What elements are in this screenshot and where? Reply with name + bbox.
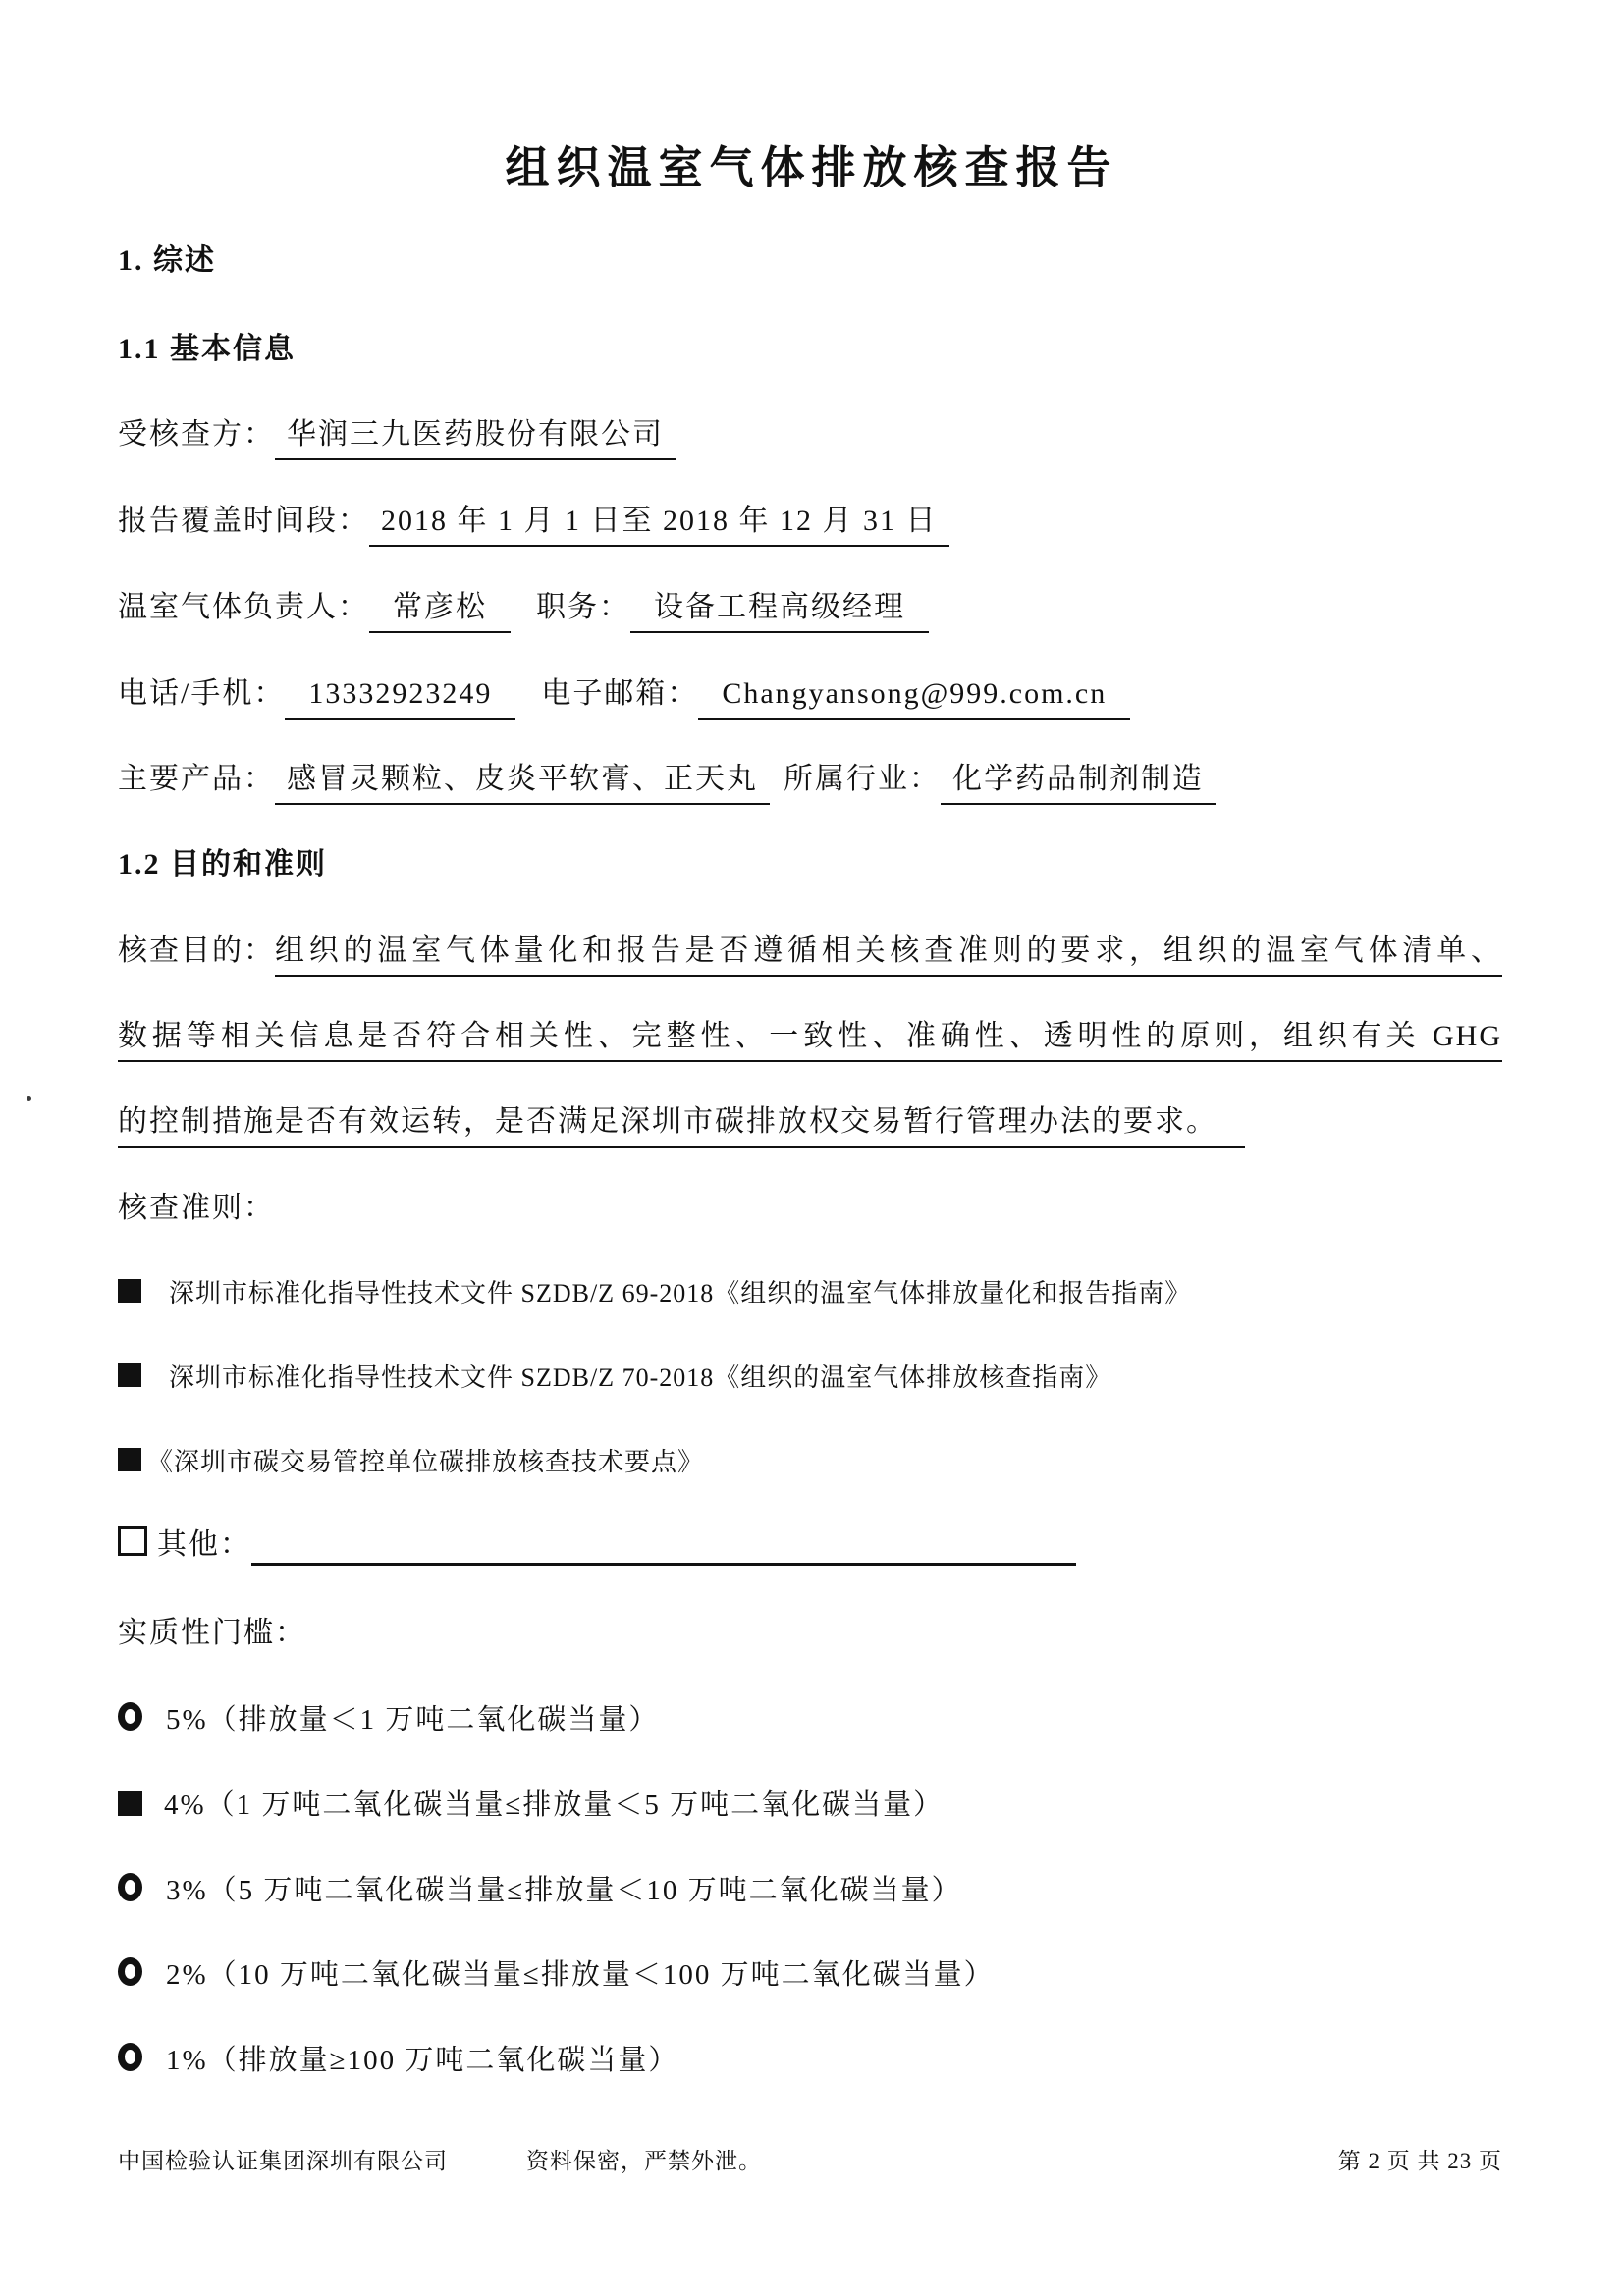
materiality-item: 1%（排放量≥100 万吨二氧化碳当量） [118, 2040, 1502, 2081]
ring-marker-icon [118, 1873, 142, 1901]
page-title: 组织温室气体排放核查报告 [0, 142, 1623, 193]
materiality-item: 2%（10 万吨二氧化碳当量≤排放量＜100 万吨二氧化碳当量） [118, 1954, 1502, 1996]
materiality-item: 5%（排放量＜1 万吨二氧化碳当量） [118, 1699, 1502, 1740]
materiality-item: 4%（1 万吨二氧化碳当量≤排放量＜5 万吨二氧化碳当量） [118, 1785, 1502, 1826]
report-period-row: 报告覆盖时间段：2018 年 1 月 1 日至 2018 年 12 月 31 日 [118, 501, 1502, 547]
criteria-other-row: 其他： [118, 1524, 1502, 1566]
materiality-item-text: 3%（5 万吨二氧化碳当量≤排放量＜10 万吨二氧化碳当量） [166, 1875, 962, 1906]
position-label: 职务： [536, 591, 630, 623]
industry-value: 化学药品制剂制造 [941, 759, 1216, 805]
industry-label: 所属行业： [784, 763, 941, 795]
email-value: Changyansong@999.com.cn [698, 673, 1130, 720]
criteria-item-text: 深圳市标准化指导性技术文件 SZDB/Z 70-2018《组织的温室气体排放核查… [169, 1363, 1111, 1392]
verification-purpose-line2: 数据等相关信息是否符合相关性、完整性、一致性、准确性、透明性的原则，组织有关 G… [118, 1016, 1502, 1062]
criteria-item: 深圳市标准化指导性技术文件 SZDB/Z 70-2018《组织的温室气体排放核查… [118, 1360, 1502, 1397]
criteria-item: 深圳市标准化指导性技术文件 SZDB/Z 69-2018《组织的温室气体排放量化… [118, 1275, 1502, 1312]
materiality-item-text: 4%（1 万吨二氧化碳当量≤排放量＜5 万吨二氧化碳当量） [164, 1789, 944, 1821]
criteria-other-label: 其他： [157, 1528, 251, 1561]
materiality-item-text: 1%（排放量≥100 万吨二氧化碳当量） [166, 2045, 678, 2076]
criteria-other-blank-line [251, 1533, 1076, 1566]
materiality-item-text: 2%（10 万吨二氧化碳当量≤排放量＜100 万吨二氧化碳当量） [166, 1959, 995, 1991]
scan-artifact-dot [502, 1108, 506, 1112]
purpose-text-3: 的控制措施是否有效运转，是否满足深圳市碳排放权交易暂行管理办法的要求。 [118, 1101, 1245, 1148]
verification-purpose-line3: 的控制措施是否有效运转，是否满足深圳市碳排放权交易暂行管理办法的要求。 [118, 1101, 1502, 1148]
contact-row: 电话/手机：13332923249电子邮箱：Changyansong@999.c… [118, 673, 1502, 720]
page-footer: 中国检验认证集团深圳有限公司 资料保密，严禁外泄。 第 2 页 共 23 页 [0, 2143, 1623, 2176]
materiality-item-text: 5%（排放量＜1 万吨二氧化碳当量） [166, 1704, 659, 1735]
criteria-item: 《深圳市碳交易管控单位碳排放核查技术要点》 [118, 1444, 1502, 1481]
phone-label: 电话/手机： [118, 677, 285, 710]
auditee-label: 受核查方： [118, 418, 275, 451]
email-label: 电子邮箱： [541, 677, 698, 710]
position-value: 设备工程高级经理 [630, 587, 929, 633]
section-overview: 1. 综述 [118, 240, 1502, 282]
auditee-row: 受核查方：华润三九医药股份有限公司 [118, 414, 1502, 460]
criteria-item-text: 深圳市标准化指导性技术文件 SZDB/Z 69-2018《组织的温室气体排放量化… [169, 1279, 1191, 1308]
ghg-manager-label: 温室气体负责人： [118, 591, 369, 623]
products-label: 主要产品： [118, 763, 275, 795]
filled-square-bullet-icon [118, 1448, 141, 1471]
footer-confidentiality-note: 资料保密，严禁外泄。 [526, 2143, 762, 2175]
products-value: 感冒灵颗粒、皮炎平软膏、正天丸 [275, 759, 770, 805]
filled-square-bullet-icon [118, 1363, 141, 1387]
filled-square-marker-icon [118, 1791, 142, 1816]
ghg-manager-row: 温室气体负责人：常彦松职务：设备工程高级经理 [118, 587, 1502, 633]
period-label: 报告覆盖时间段： [118, 505, 369, 537]
section-purpose-criteria: 1.2 目的和准则 [118, 844, 1502, 885]
criteria-heading: 核查准则： [118, 1188, 1502, 1229]
materiality-item: 3%（5 万吨二氧化碳当量≤排放量＜10 万吨二氧化碳当量） [118, 1870, 1502, 1911]
ring-marker-icon [118, 2043, 142, 2071]
phone-value: 13332923249 [285, 673, 515, 720]
filled-square-bullet-icon [118, 1279, 141, 1303]
products-row: 主要产品：感冒灵颗粒、皮炎平软膏、正天丸所属行业：化学药品制剂制造 [118, 759, 1502, 805]
scan-artifact-dot [27, 1096, 31, 1101]
ring-marker-icon [118, 1702, 142, 1731]
section-basic-info: 1.1 基本信息 [118, 329, 1502, 370]
footer-company: 中国检验认证集团深圳有限公司 [118, 2143, 448, 2175]
verification-purpose-line1: 核查目的： 组织的温室气体量化和报告是否遵循相关核查准则的要求，组织的温室气体清… [118, 931, 1502, 977]
criteria-item-text: 《深圳市碳交易管控单位碳排放核查技术要点》 [147, 1448, 704, 1476]
document-page: 组织温室气体排放核查报告 1. 综述 1.1 基本信息 受核查方：华润三九医药股… [0, 0, 1623, 2296]
purpose-label: 核查目的： [118, 931, 275, 972]
purpose-text-2: 数据等相关信息是否符合相关性、完整性、一致性、准确性、透明性的原则，组织有关 G… [118, 1016, 1502, 1062]
auditee-value: 华润三九医药股份有限公司 [275, 414, 676, 460]
ring-marker-icon [118, 1957, 142, 1986]
empty-checkbox-icon [118, 1526, 147, 1556]
purpose-text-1: 组织的温室气体量化和报告是否遵循相关核查准则的要求，组织的温室气体清单、 [275, 931, 1502, 977]
ghg-manager-value: 常彦松 [369, 587, 511, 633]
period-value: 2018 年 1 月 1 日至 2018 年 12 月 31 日 [369, 501, 949, 547]
footer-page-number: 第 2 页 共 23 页 [1338, 2143, 1502, 2175]
materiality-heading: 实质性门槛： [118, 1613, 1502, 1654]
